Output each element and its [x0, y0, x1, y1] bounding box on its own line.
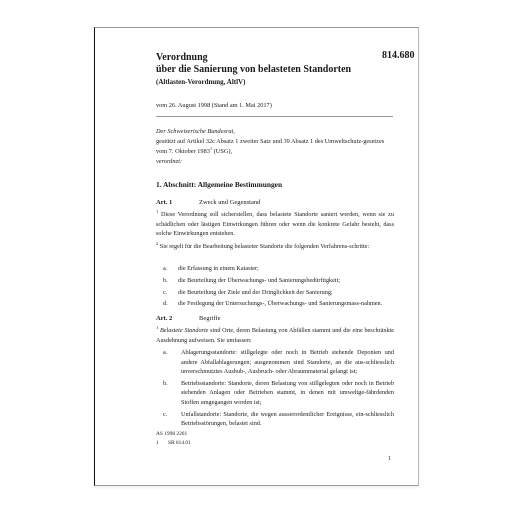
preamble-basis: gestützt auf Artikel 32c Absatz 1 zweite…: [156, 138, 384, 155]
list-item: b.Betriebsstandorte: Standorte, deren Be…: [163, 379, 394, 408]
preamble-authority: Der Schweizerische Bundesrat,: [156, 128, 235, 135]
article-1-paragraph-1: 1 Diese Verordnung soll sicherstellen, d…: [156, 210, 394, 239]
date-line: vom 26. August 1998 (Stand am 1. Mai 201…: [156, 102, 272, 109]
title-line-1: Verordnung: [156, 52, 351, 64]
article-1-paragraph-2: 2 Sie regelt für die Bearbeitung belaste…: [156, 242, 394, 252]
preamble: Der Schweizerische Bundesrat, gestützt a…: [156, 127, 394, 167]
list-item: a.die Erfassung in einem Kataster;: [163, 264, 394, 274]
document-title: Verordnung über die Sanierung von belast…: [156, 52, 351, 88]
article-1-list: a.die Erfassung in einem Kataster; b.die…: [163, 264, 394, 311]
paragraph-number: 2: [156, 241, 158, 246]
section-heading: 1. Abschnitt: Allgemeine Bestimmungen: [156, 180, 282, 189]
list-item: a.Ablagerungsstandorte: stillgelegte ode…: [163, 348, 394, 377]
list-item: c.Unfallstandorte: Standorte, die wegen …: [163, 410, 394, 429]
article-1-heading: Art. 1Zweck und Gegenstand: [156, 199, 260, 206]
list-item: c.die Beurteilung der Ziele und der Drin…: [163, 288, 394, 298]
article-2-heading: Art. 2Begriffe: [156, 315, 221, 322]
title-line-2: über die Sanierung von belasteten Stando…: [156, 64, 351, 76]
article-title: Begriffe: [199, 315, 221, 322]
paragraph-text: Diese Verordnung soll sicherstellen, das…: [156, 211, 394, 237]
article-number: Art. 1: [156, 199, 199, 206]
article-title: Zweck und Gegenstand: [199, 199, 260, 206]
list-item: d.die Festlegung der Untersuchungs-, Übe…: [163, 299, 394, 309]
footnote: 1SR 814.01: [156, 439, 191, 448]
divider: [156, 116, 393, 117]
article-2-list: a.Ablagerungsstandorte: stillgelegte ode…: [163, 348, 394, 431]
article-number: Art. 2: [156, 315, 199, 322]
page-number: 1: [388, 456, 391, 462]
paragraph-number: 1: [156, 325, 158, 330]
paragraph-number: 1: [156, 209, 158, 214]
list-item: b.die Beurteilung der Überwachungs- und …: [163, 276, 394, 286]
as-reference: AS 1998 2261: [156, 430, 191, 439]
short-title: (Altlasten-Verordnung, AltlV): [156, 76, 351, 88]
defined-term: Belastete Standorte: [160, 327, 208, 334]
document-page: 814.680 Verordnung über die Sanierung vo…: [94, 27, 419, 486]
sr-number: 814.680: [382, 50, 415, 61]
footer-notes: AS 1998 2261 1SR 814.01: [156, 430, 191, 448]
preamble-verb: verordnet:: [156, 158, 182, 165]
paragraph-text: Sie regelt für die Bearbeitung belastete…: [160, 243, 369, 250]
preamble-abbrev: (USG),: [212, 148, 232, 155]
article-2-paragraph-1: 1 Belastete Standorte sind Orte, deren B…: [156, 326, 394, 345]
